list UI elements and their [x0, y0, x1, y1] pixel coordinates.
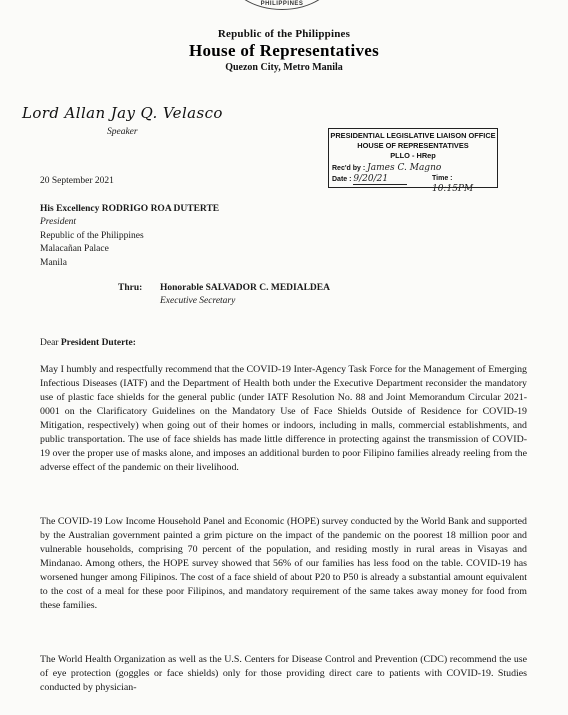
recipient-name-line: His Excellency RODRIGO ROA DUTERTE [40, 203, 219, 216]
house-seal-emblem: PHILIPPINES [228, 0, 336, 10]
sender-name: Lord Allan Jay Q. Velasco [22, 104, 223, 122]
stamp-house: HOUSE OF REPRESENTATIVES [329, 141, 497, 151]
recipient-line1: Republic of the Philippines [40, 230, 219, 243]
thru-label: Thru: [118, 282, 160, 295]
stamp-date-label: Date : [332, 176, 351, 183]
body-paragraph-2: The COVID-19 Low Income Household Panel … [40, 515, 527, 613]
recipient-honorific: His Excellency [40, 204, 99, 214]
sender-title: Speaker [107, 127, 138, 137]
stamp-received-by-label: Rec'd by : [332, 165, 365, 172]
stamp-received-by-signature: James C. Magno [367, 163, 441, 173]
stamp-date-row: Date : 9/20/21 Time : 10:15PM [332, 174, 494, 185]
stamp-date-value: 9/20/21 [353, 174, 407, 185]
stamp-pllo: PLLO - HRep [329, 151, 497, 161]
thru-name: Honorable SALVADOR C. MEDIALDEA [160, 283, 330, 293]
greeting-prefix: Dear [40, 338, 58, 348]
stamp-time-group: Time : 10:15PM [432, 174, 494, 195]
greeting-name: President Duterte: [61, 338, 136, 348]
stamp-office: PRESIDENTIAL LEGISLATIVE LIAISON OFFICE [329, 131, 497, 141]
recipient-name: RODRIGO ROA DUTERTE [102, 204, 219, 214]
thru-title: Executive Secretary [160, 295, 330, 308]
greeting: Dear President Duterte: [40, 338, 136, 348]
body-paragraph-3: The World Health Organization as well as… [40, 653, 527, 695]
stamp-time-value: 10:15PM [432, 184, 473, 194]
letter-date: 20 September 2021 [40, 176, 114, 186]
letterhead: Republic of the Philippines House of Rep… [0, 28, 568, 73]
body-paragraph-1: May I humbly and respectfully recommend … [40, 363, 527, 475]
stamp-time-label: Time : [432, 175, 453, 182]
letterhead-republic: Republic of the Philippines [0, 28, 568, 40]
thru-name-line: Thru:Honorable SALVADOR C. MEDIALDEA [118, 282, 330, 295]
seal-text: PHILIPPINES [261, 1, 304, 7]
stamp-received-by-row: Rec'd by : James C. Magno [332, 163, 441, 174]
recipient-address: His Excellency RODRIGO ROA DUTERTE Presi… [40, 203, 219, 270]
letterhead-house: House of Representatives [0, 41, 568, 61]
thru-block: Thru:Honorable SALVADOR C. MEDIALDEA Exe… [118, 282, 330, 309]
received-stamp: PRESIDENTIAL LEGISLATIVE LIAISON OFFICE … [328, 128, 498, 188]
letterhead-location: Quezon City, Metro Manila [0, 62, 568, 73]
recipient-line2: Malacañan Palace [40, 243, 219, 256]
recipient-line3: Manila [40, 257, 219, 270]
recipient-title: President [40, 216, 219, 229]
